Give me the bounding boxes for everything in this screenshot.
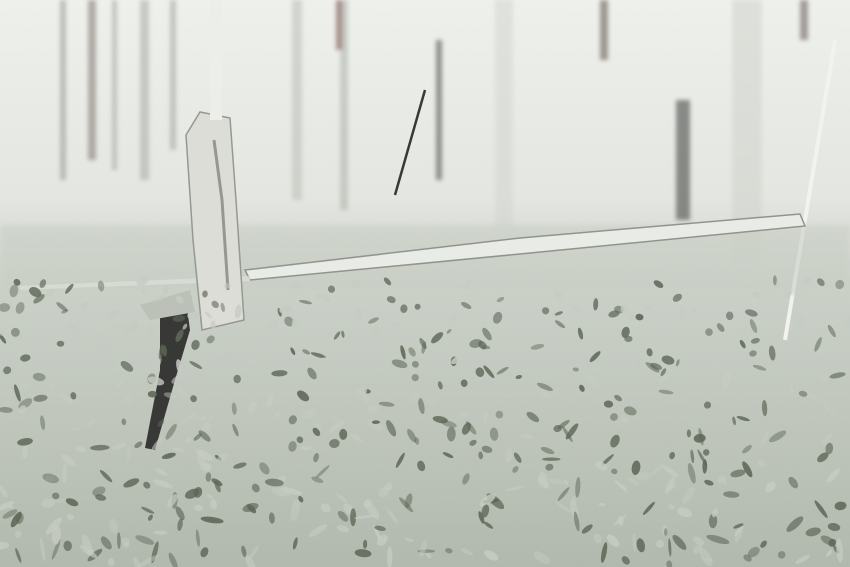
scene-drawing [0, 0, 850, 567]
forest-inverted-photo [0, 0, 850, 567]
